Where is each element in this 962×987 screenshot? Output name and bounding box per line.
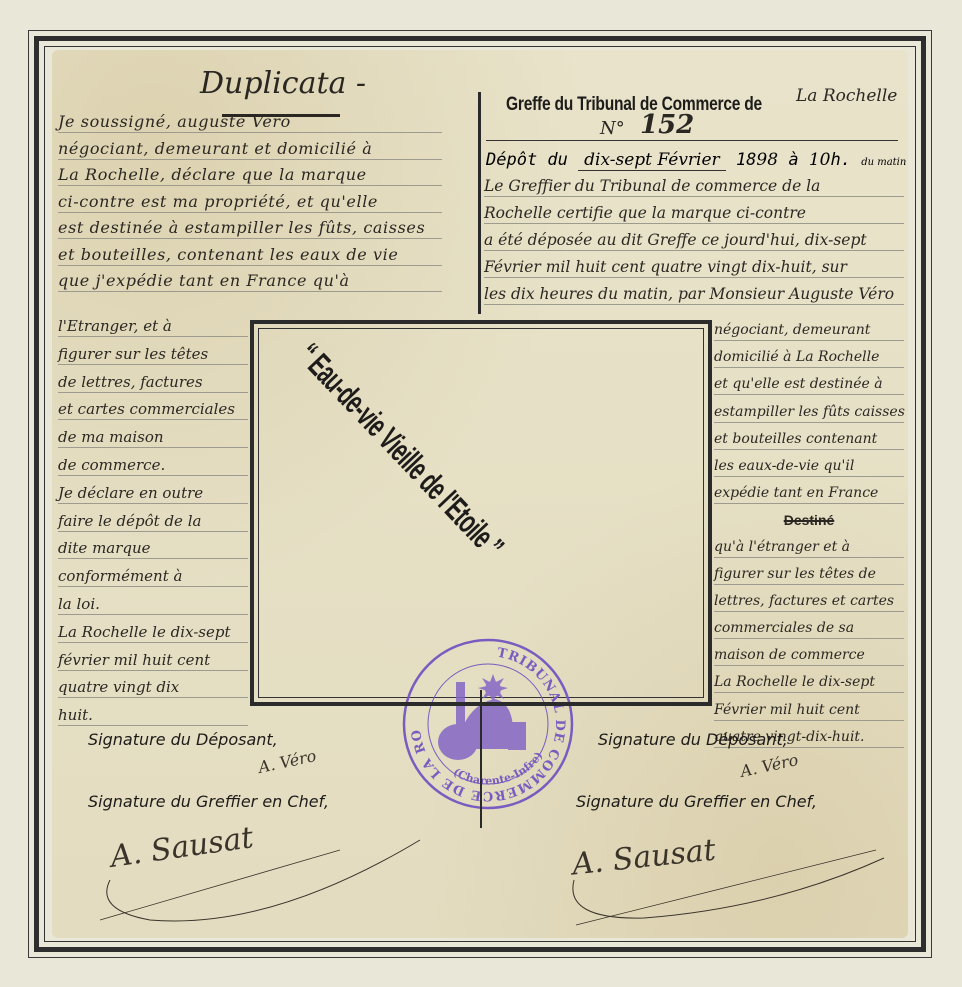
handwritten-line: négociant, demeurant: [714, 320, 904, 341]
left-depositor-label: Signature du Déposant,: [88, 730, 278, 749]
greffe-heading: Greffe du Tribunal de Commerce de: [506, 94, 762, 116]
handwritten-line: la loi.: [58, 594, 248, 615]
left-declaration: Je soussigné, auguste Véronégociant, dem…: [58, 112, 442, 298]
deposit-date-line: Dépôt du dix-sept Février 1898 à 10h. du…: [486, 150, 906, 170]
left-signature-flourish: [90, 820, 430, 930]
frame-bottom-rule: [254, 702, 710, 706]
handwritten-line: domicilié à La Rochelle: [714, 347, 904, 368]
handwritten-line: expédie tant en France: [714, 483, 904, 504]
handwritten-line: quatre vingt dix: [58, 677, 248, 698]
year-printed: 18: [736, 150, 756, 170]
handwritten-line: et bouteilles contenant: [714, 429, 904, 450]
handwritten-line: Rochelle certifie que la marque ci-contr…: [484, 203, 904, 224]
handwritten-line: ci-contre est ma propriété, et qu'elle: [58, 192, 442, 213]
handwritten-line: figurer sur les têtes: [58, 344, 248, 365]
handwritten-line: La Rochelle, déclare que la marque: [58, 165, 442, 186]
handwritten-line: négociant, demeurant et domicilié à: [58, 139, 442, 160]
year-hand: 98: [756, 150, 778, 170]
time-hand: 10: [809, 150, 831, 170]
number-label: N°: [600, 118, 625, 139]
handwritten-line: les dix heures du matin, par Monsieur Au…: [484, 284, 904, 305]
handwritten-line: conformément à: [58, 566, 248, 587]
handwritten-line: figurer sur les têtes de: [714, 564, 904, 585]
handwritten-line: et qu'elle est destinée à: [714, 374, 904, 395]
handwritten-line: commerciales de sa: [714, 618, 904, 639]
handwritten-line: Je soussigné, auguste Véro: [58, 112, 442, 133]
tribunal-stamp: TRIBUNAL DE COMMERCE DE LA ROCHELLE (Cha…: [398, 634, 578, 814]
handwritten-line: de ma maison: [58, 427, 248, 448]
right-signature-flourish: [556, 830, 896, 930]
handwritten-line: l'Etranger, et à: [58, 316, 248, 337]
handwritten-line: La Rochelle le dix-sept: [714, 672, 904, 693]
time-unit: h.: [830, 150, 850, 170]
right-certification-continued: négociant, demeurantdomicilié à La Roche…: [714, 320, 904, 754]
greffe-city: La Rochelle: [796, 86, 897, 106]
right-greffier-label: Signature du Greffier en Chef,: [576, 792, 817, 811]
handwritten-line: qu'à l'étranger et à: [714, 537, 904, 558]
handwritten-line: estampiller les fûts caisses: [714, 402, 904, 423]
left-greffier-label: Signature du Greffier en Chef,: [88, 792, 329, 811]
handwritten-line: Le Greffier du Tribunal de commerce de l…: [484, 176, 904, 197]
handwritten-line: Février mil huit cent: [714, 700, 904, 721]
handwritten-line: les eaux-de-vie qu'il: [714, 456, 904, 477]
handwritten-line: de lettres, factures: [58, 372, 248, 393]
handwritten-line: Je déclare en outre: [58, 483, 248, 504]
handwritten-line: maison de commerce: [714, 645, 904, 666]
handwritten-line: février mil huit cent: [58, 650, 248, 671]
depot-date: dix-sept Février: [578, 150, 726, 171]
handwritten-line: et bouteilles, contenant les eaux de vie: [58, 245, 442, 266]
handwritten-line: La Rochelle le dix-sept: [58, 622, 248, 643]
depot-label: Dépôt du: [486, 150, 568, 170]
right-depositor-label: Signature du Déposant,: [598, 730, 788, 749]
handwritten-line: dite marque: [58, 538, 248, 559]
column-divider: [478, 92, 481, 314]
handwritten-line: lettres, factures et cartes: [714, 591, 904, 612]
handwritten-line: que j'expédie tant en France qu'à: [58, 271, 442, 292]
time-label: à: [788, 150, 798, 170]
handwritten-line: de commerce.: [58, 455, 248, 476]
center-tick: [480, 690, 482, 828]
handwritten-line: faire le dépôt de la: [58, 511, 248, 532]
handwritten-line: a été déposée au dit Greffe ce jourd'hui…: [484, 230, 904, 251]
handwritten-line: est destinée à estampiller les fûts, cai…: [58, 218, 442, 239]
deposit-number: 152: [640, 110, 694, 140]
handwritten-line: huit.: [58, 705, 248, 726]
left-declaration-continued: l'Etranger, et àfigurer sur les têtesde …: [58, 316, 248, 733]
handwritten-line: Destiné: [714, 510, 904, 530]
document-title: Duplicata -: [200, 66, 366, 101]
handwritten-line: Février mil huit cent quatre vingt dix-h…: [484, 257, 904, 278]
handwritten-line: et cartes commerciales: [58, 399, 248, 420]
time-note: du matin: [861, 157, 906, 168]
right-certification: Le Greffier du Tribunal de commerce de l…: [484, 176, 904, 311]
